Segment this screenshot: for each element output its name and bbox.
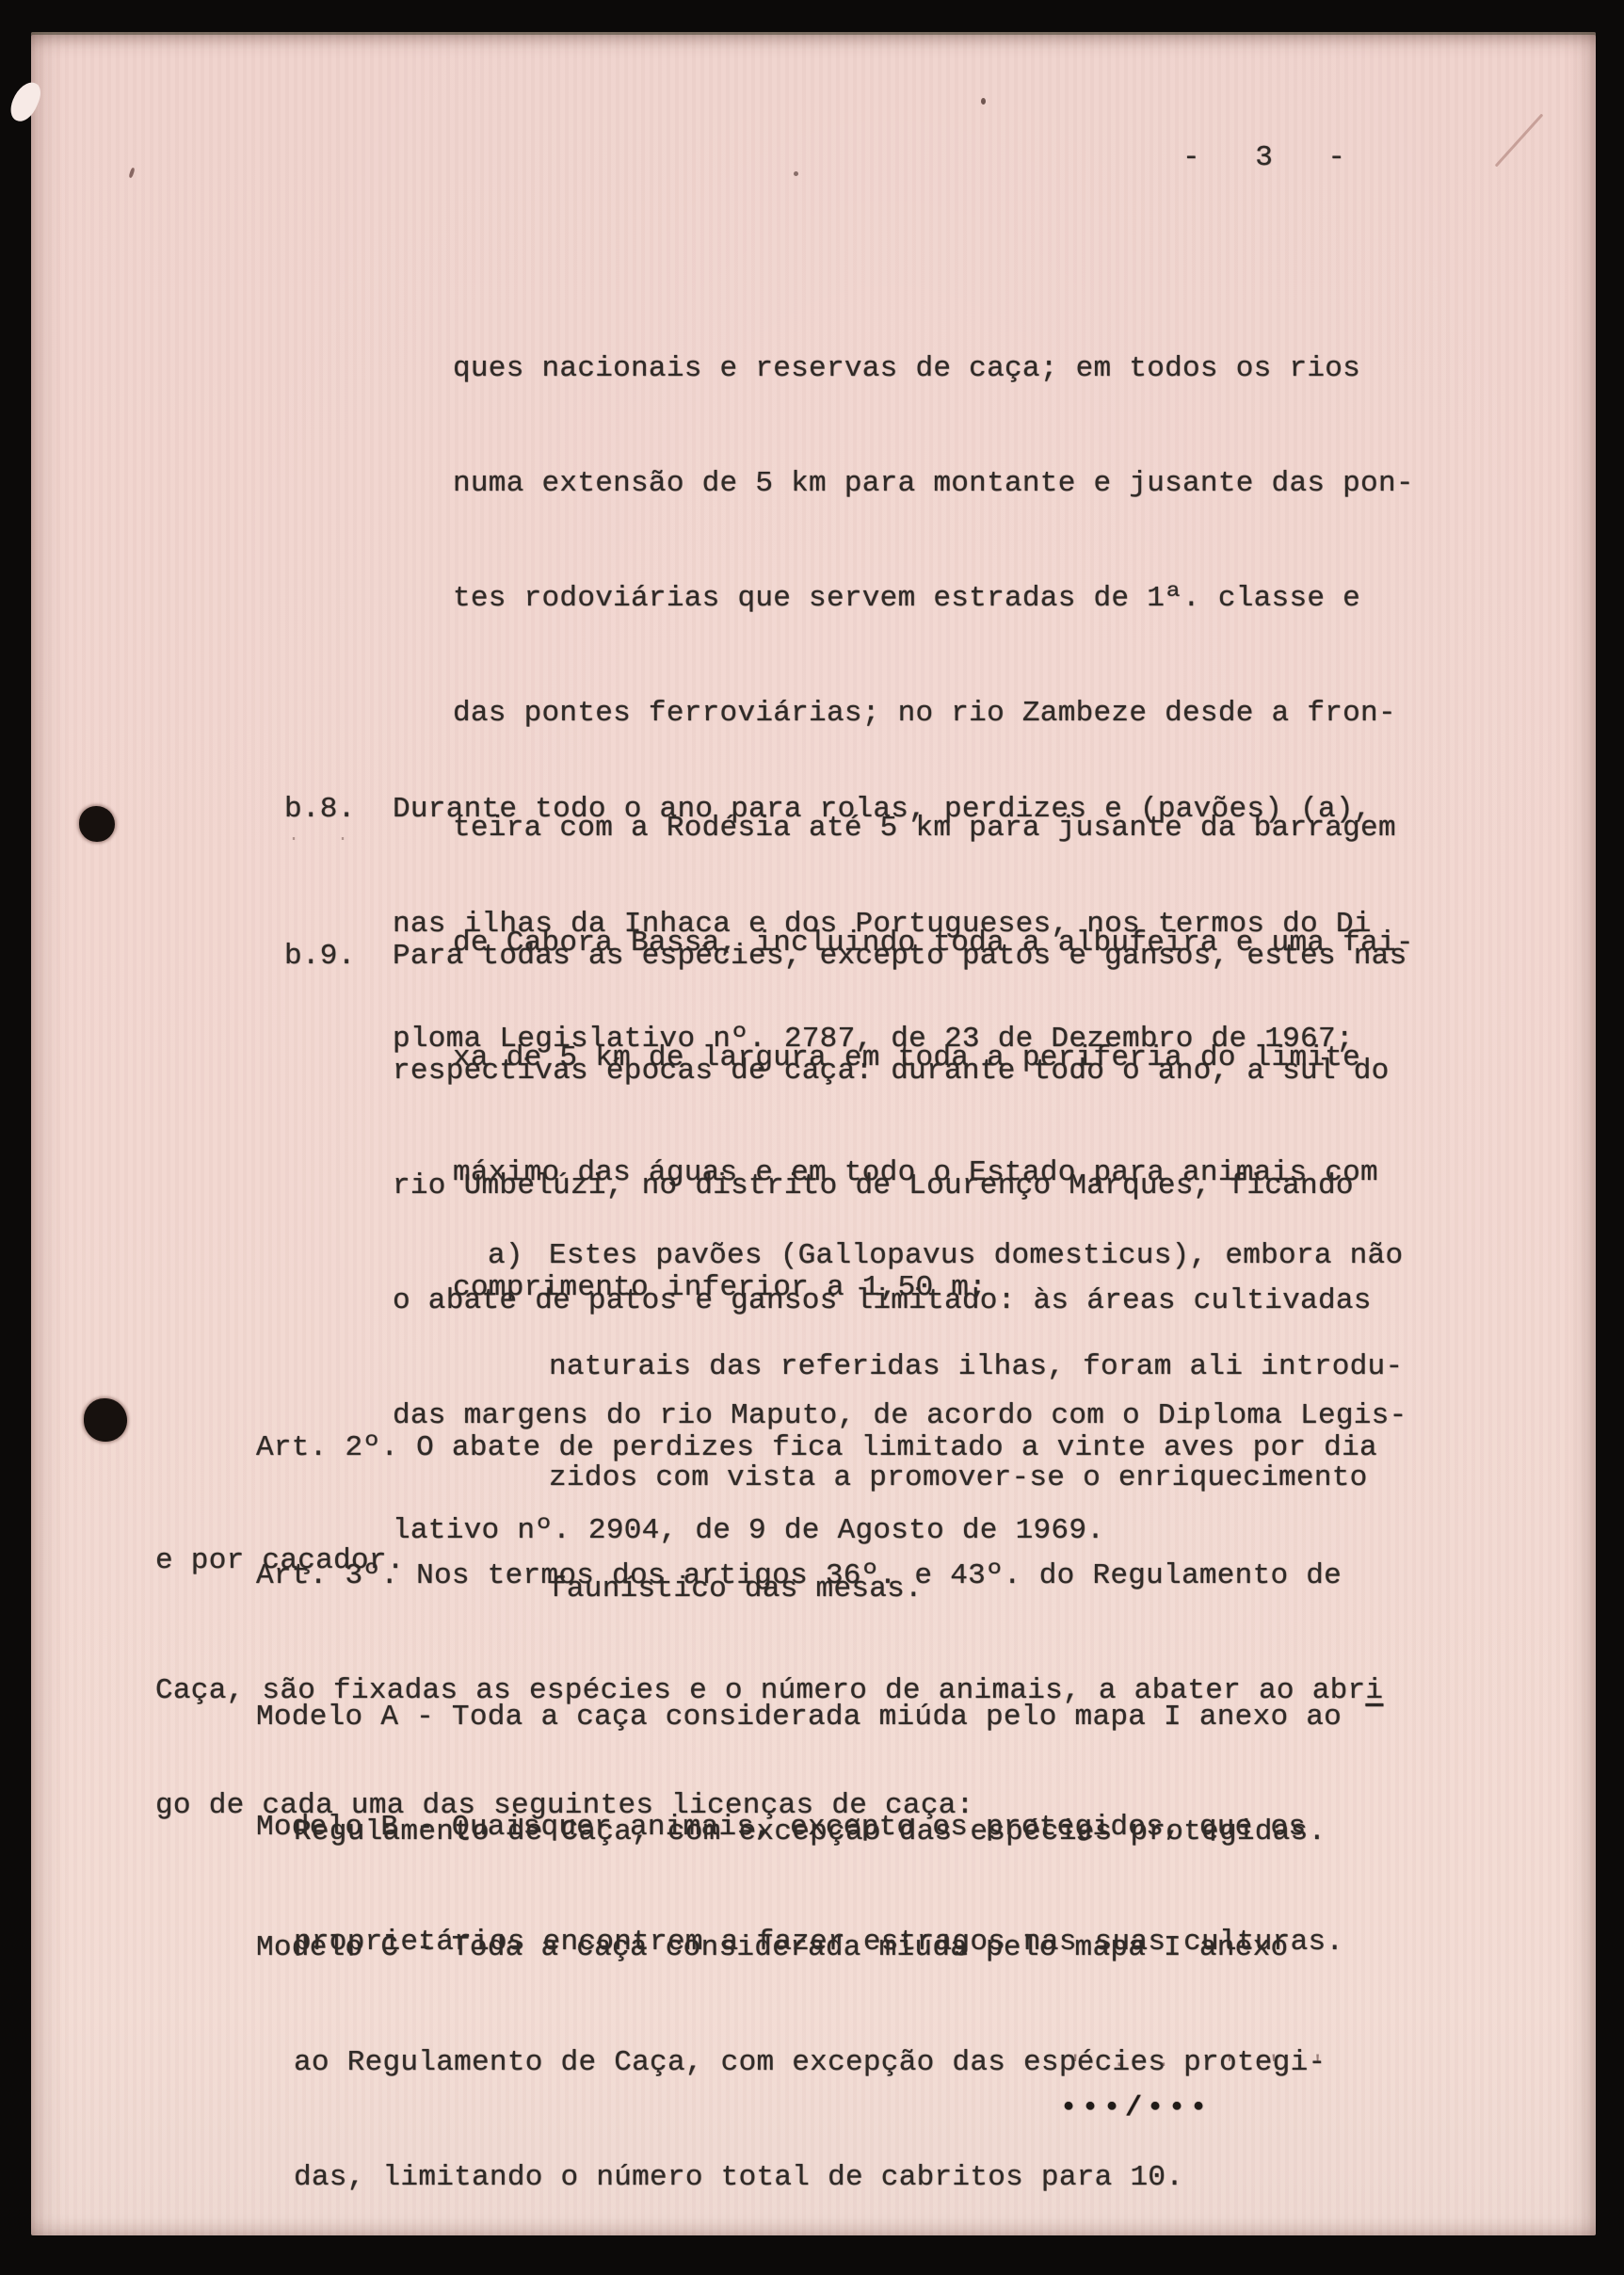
text-segment: Para todas as espécies, excepto patos e … bbox=[393, 940, 1407, 973]
page-number: - 3 - bbox=[1182, 141, 1347, 174]
page-continuation-mark: •••/••• bbox=[1060, 2092, 1212, 2124]
text-segment: Durante todo o ano para rolas, perdizes … bbox=[393, 793, 1372, 826]
text-line: respectivas épocas de caça: durante todo… bbox=[393, 1047, 1407, 1096]
underlined-continuation-letter: i bbox=[1365, 1674, 1383, 1707]
item-label: a) bbox=[488, 1234, 549, 1279]
scan-speck bbox=[981, 98, 986, 105]
text-segment: Estes pavões (Gallopavus domesticus), em… bbox=[549, 1239, 1403, 1272]
text-line: b.8.Durante todo o ano para rolas, perdi… bbox=[284, 785, 1372, 834]
faint-scan-marks: ' · · ' ' ' bbox=[1069, 2053, 1333, 2078]
punch-hole-top bbox=[79, 806, 115, 842]
text-line: Art. 3º. Nos termos dos artigos 36º. e 4… bbox=[155, 1552, 1383, 1601]
scan-speck bbox=[794, 171, 798, 176]
item-label: b.9. bbox=[284, 932, 393, 981]
text-line: Modelo C - Toda a caça considerada miúda… bbox=[155, 1924, 1326, 1973]
text-line: das, limitando o número total de cabrito… bbox=[155, 2154, 1326, 2202]
scanned-document-page: · · - 3 - ques nacionais e reservas de c… bbox=[0, 0, 1624, 2275]
text-line: numa extensão de 5 km para montante e ju… bbox=[453, 460, 1414, 508]
punch-hole-bottom bbox=[84, 1398, 127, 1442]
text-line: tes rodoviárias que servem estradas de 1… bbox=[453, 574, 1414, 623]
text-line: Modelo B - Quaisquer animais, excepto os… bbox=[155, 1803, 1343, 1852]
item-label: b.8. bbox=[284, 785, 393, 834]
text-line: a)Estes pavões (Gallopavus domesticus), … bbox=[488, 1234, 1403, 1279]
text-line: Modelo A - Toda a caça considerada miúda… bbox=[155, 1693, 1342, 1742]
text-line: Art. 2º. O abate de perdizes fica limita… bbox=[155, 1425, 1377, 1472]
text-line: b.9.Para todas as espécies, excepto pato… bbox=[284, 932, 1407, 981]
text-line: ques nacionais e reservas de caça; em to… bbox=[453, 345, 1414, 394]
